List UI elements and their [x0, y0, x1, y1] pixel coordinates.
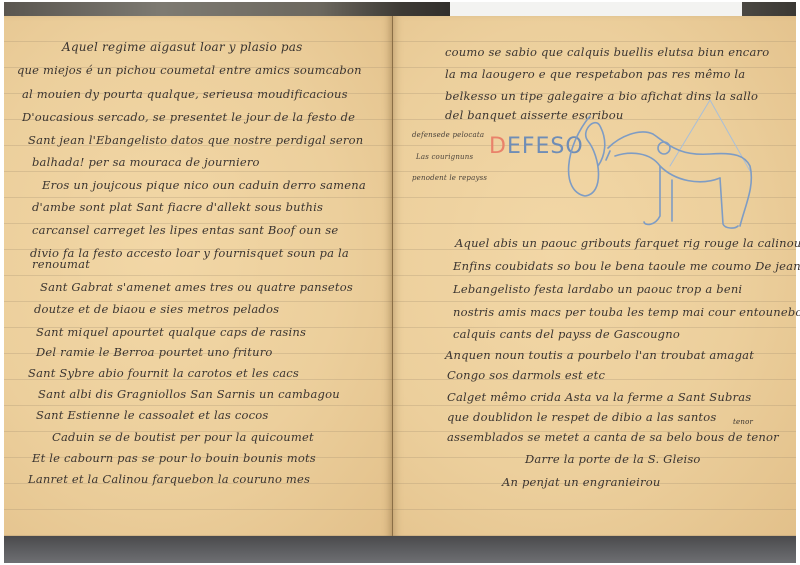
text-line: nostris amis macs per touba les temp mai… [453, 305, 800, 319]
text-line: balhada! per sa mouraca de journiero [32, 155, 260, 169]
correction-note: tenor [733, 418, 753, 426]
text-line: D'oucasious sercado, se presentet le jou… [22, 110, 355, 124]
text-line: Aquel regime aigasut loar y plasio pas [62, 40, 303, 54]
text-line: assemblados se metet a canta de sa belo … [447, 430, 779, 444]
margin-note: penodent le repayss [412, 174, 487, 182]
text-line: Sant albi dis Gragniollos San Sarnis un … [38, 387, 340, 401]
text-line: que doublidon le respet de dibio a las s… [447, 410, 716, 424]
text-line: carcansel carreget les lipes entas sant … [32, 223, 338, 237]
text-line: calquis cants del payss de Gascougno [453, 327, 680, 341]
scanner-bed-edge [4, 536, 796, 563]
dog-sketch-icon [560, 96, 780, 236]
margin-note: defensede pelocata [412, 131, 484, 139]
text-line: Caduin se de boutist per pour la quicoum… [52, 430, 314, 444]
margin-note: Las courignuns [416, 153, 473, 161]
text-line: Aquel abis un paouc gribouts farquet rig… [455, 236, 800, 250]
text-line: An penjat un engranieirou [502, 475, 660, 489]
text-line: doutze et de biaou e sies metros pelados [34, 302, 279, 316]
text-line: Del ramie le Berroa pourtet uno frituro [36, 345, 273, 359]
text-line: coumo se sabio que calquis buellis eluts… [445, 45, 769, 59]
text-line: Sant miquel apourtet qualque caps de ras… [36, 325, 306, 339]
text-line: la ma laougero e que respetabon pas res … [445, 67, 745, 81]
text-line: d'ambe sont plat Sant fiacre d'allekt so… [32, 200, 323, 214]
text-line: Lanret et la Calinou farquebon la courun… [28, 472, 310, 486]
text-line: Eros un joujcous pique nico oun caduin d… [42, 178, 366, 192]
text-line: Congo sos darmols est etc [447, 368, 605, 382]
text-line: Calget mêmo crida Asta va la ferme a San… [447, 390, 751, 404]
text-line: Lebangelisto festa lardabo un paouc trop… [453, 282, 742, 296]
text-line: Sant jean l'Ebangelisto datos que nostre… [28, 133, 363, 147]
text-line: Et le cabourn pas se pour lo bouin bouni… [32, 451, 316, 465]
text-line: al mouien dy pourta qualque, serieusa mo… [22, 87, 348, 101]
stamp-red-letter: D [489, 134, 507, 159]
text-line: Sant Estienne le cassoalet et las cocos [36, 408, 268, 422]
text-line: que miejos é un pichou coumetal entre am… [17, 63, 362, 77]
text-line: Darre la porte de la S. Gleiso [525, 452, 701, 466]
text-line: Sant Sybre abio fournit la carotos et le… [28, 366, 299, 380]
notebook-scan: Aquel regime aigasut loar y plasio pas q… [0, 0, 800, 565]
text-line: Anquen noun toutis a pourbelo l'an troub… [445, 348, 754, 362]
text-line: Enfins coubidats so bou le bena taoule m… [453, 259, 800, 273]
text-line: Sant Gabrat s'amenet ames tres ou quatre… [40, 280, 353, 294]
text-line: renoumat [32, 257, 90, 271]
